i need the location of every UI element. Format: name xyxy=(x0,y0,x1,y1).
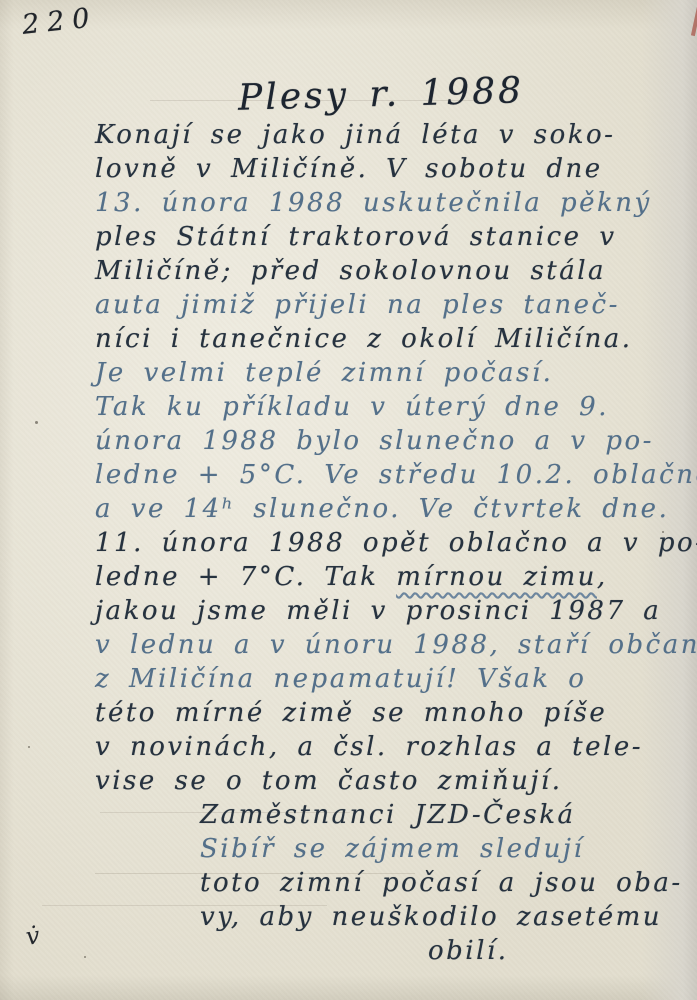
handwritten-line: Sibíř se zájmem sledují xyxy=(0,832,697,866)
wavy-underlined-text: mírnou zimu xyxy=(396,562,597,592)
handwritten-line: auta jimiž přijeli na ples taneč- xyxy=(0,288,697,322)
handwritten-line: ledne + 5°C. Ve středu 10.2. oblačno xyxy=(0,458,697,492)
handwritten-line: a ve 14ʰ slunečno. Ve čtvrtek dne. xyxy=(0,492,697,526)
handwritten-line: ledne + 7°C. Tak mírnou zimu, xyxy=(0,560,697,594)
handwritten-line: níci i tanečnice z okolí Miličína. xyxy=(0,322,697,356)
page-number: 220 xyxy=(21,2,99,41)
handwritten-lines: Konají se jako jiná léta v soko-lovně v … xyxy=(0,118,697,968)
chronicle-page: 220 Plesy r. 1988 Konají se jako jiná lé… xyxy=(0,0,697,1000)
handwritten-line: toto zimní počasí a jsou oba- xyxy=(0,866,697,900)
handwritten-line: Konají se jako jiná léta v soko- xyxy=(0,118,697,152)
handwritten-line: z Miličína nepamatují! Však o xyxy=(0,662,697,696)
handwritten-line: Tak ku příkladu v úterý dne 9. xyxy=(0,390,697,424)
page-edge-red-mark xyxy=(691,6,697,36)
handwritten-line: Zaměstnanci JZD-Česká xyxy=(0,798,697,832)
handwritten-line: ples Státní traktorová stanice v xyxy=(0,220,697,254)
handwritten-line: lovně v Miličíně. V sobotu dne xyxy=(0,152,697,186)
handwritten-line: v lednu a v únoru 1988, staří občané xyxy=(0,628,697,662)
handwritten-line: února 1988 bylo slunečno a v po- xyxy=(0,424,697,458)
handwritten-line: jakou jsme měli v prosinci 1987 a xyxy=(0,594,697,628)
handwritten-line: v novinách, a čsl. rozhlas a tele- xyxy=(0,730,697,764)
handwritten-line: 11. února 1988 opět oblačno a v po- xyxy=(0,526,697,560)
page-title: Plesy r. 1988 xyxy=(238,70,525,118)
handwritten-line: této mírné zimě se mnoho píše xyxy=(0,696,697,730)
handwritten-line: Miličíně; před sokolovnou stála xyxy=(0,254,697,288)
handwritten-line: vy, aby neuškodilo zasetému xyxy=(0,900,697,934)
handwritten-line: vise se o tom často zmiňují. xyxy=(0,764,697,798)
handwritten-line: Je velmi teplé zimní počasí. xyxy=(0,356,697,390)
handwritten-line: obilí. xyxy=(0,934,697,968)
handwritten-line: 13. února 1988 uskutečnila pěkný xyxy=(0,186,697,220)
